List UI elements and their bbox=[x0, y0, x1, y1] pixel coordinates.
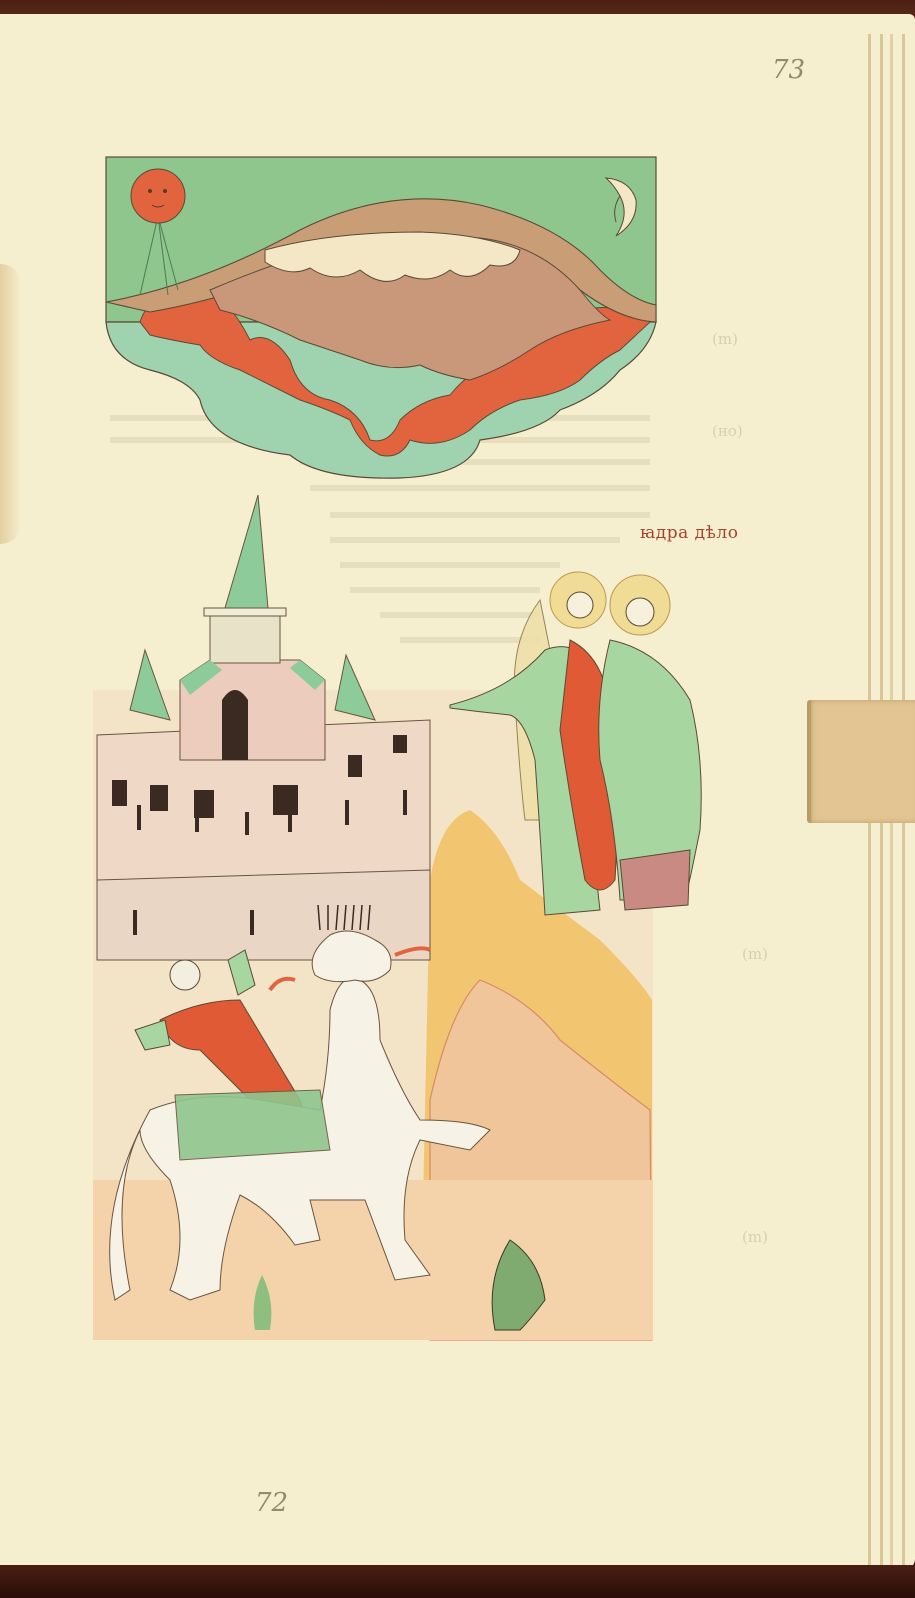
illumination bbox=[0, 0, 915, 1598]
sky-panel bbox=[106, 157, 656, 478]
scene-panel bbox=[93, 495, 701, 1340]
caption-inscription: ꙗдра дѣло bbox=[640, 523, 738, 543]
bookmark-tab bbox=[807, 700, 915, 823]
